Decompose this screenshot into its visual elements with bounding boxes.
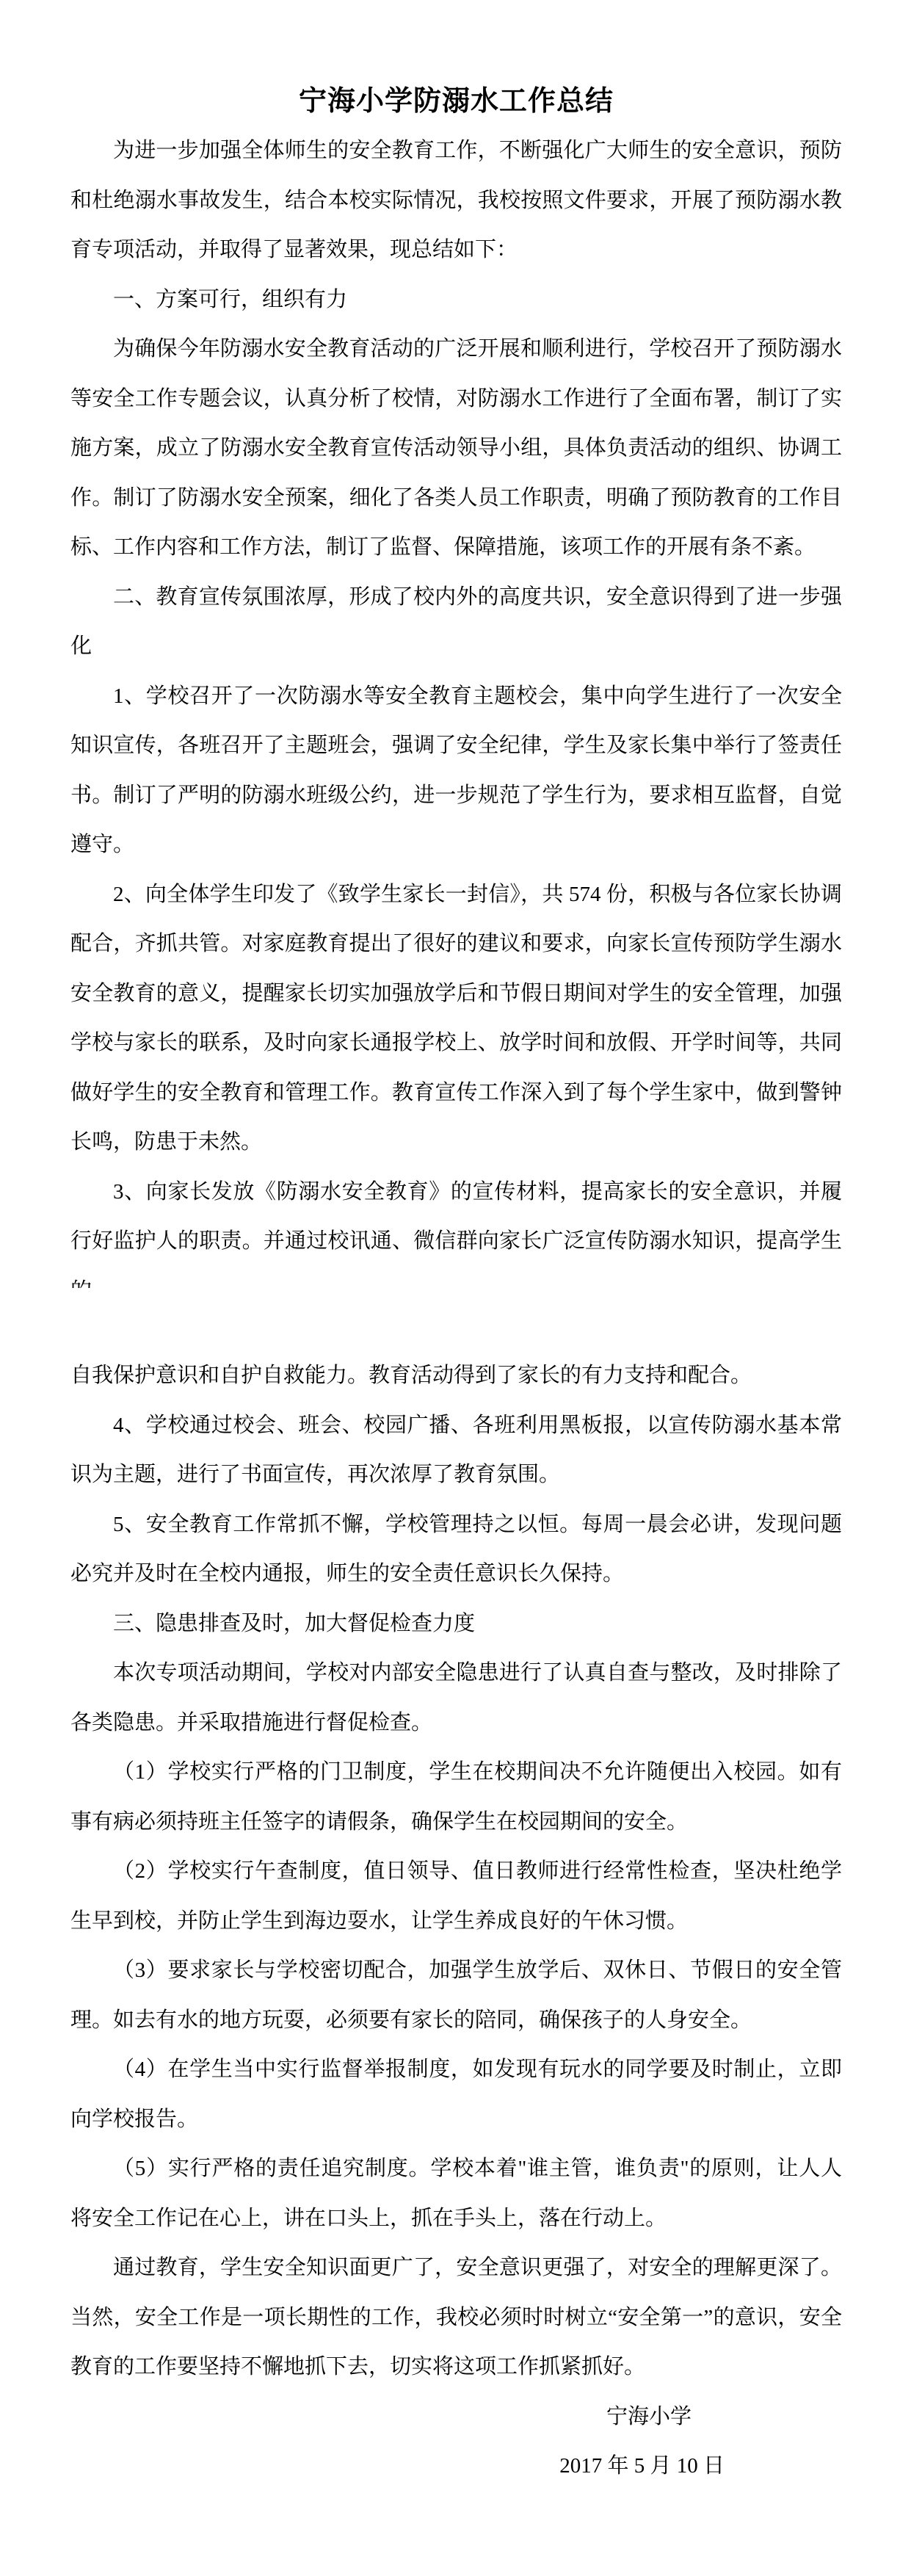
paragraph-continued: 自我保护意识和自护自救能力。教育活动得到了家长的有力支持和配合。 [70, 1351, 842, 1401]
page-1-content: 为进一步加强全体师生的安全教育工作，不断强化广大师生的安全意识，预防和杜绝溺水事… [70, 126, 842, 1288]
paragraph: （2）学校实行午查制度，值日领导、值日教师进行经常性检查，坚决杜绝学生早到校，并… [70, 1847, 842, 1946]
paragraph: 2、向全体学生印发了《致学生家长一封信》，共 574 份，积极与各位家长协调配合… [70, 870, 842, 1168]
section-heading: 一、方案可行，组织有力 [70, 275, 842, 325]
date: 2017 年 5 月 10 日 [70, 2442, 842, 2492]
page-1: 宁海小学防溺水工作总结 为进一步加强全体师生的安全教育工作，不断强化广大师生的安… [0, 0, 911, 1288]
paragraph: 为确保今年防溺水安全教育活动的广泛开展和顺利进行，学校召开了预防溺水等安全工作专… [70, 325, 842, 573]
paragraph: （1）学校实行严格的门卫制度，学生在校期间决不允许随便出入校园。如有事有病必须持… [70, 1748, 842, 1847]
paragraph: 3、向家长发放《防溺水安全教育》的宣传材料，提高家长的安全意识，并履行好监护人的… [70, 1168, 842, 1289]
page-2: 自我保护意识和自护自救能力。教育活动得到了家长的有力支持和配合。4、学校通过校会… [0, 1288, 911, 2576]
paragraph: 5、安全教育工作常抓不懈，学校管理持之以恒。每周一晨会必讲，发现问题必究并及时在… [70, 1500, 842, 1599]
page-2-content: 自我保护意识和自护自救能力。教育活动得到了家长的有力支持和配合。4、学校通过校会… [70, 1351, 842, 2392]
paragraph: 为进一步加强全体师生的安全教育工作，不断强化广大师生的安全意识，预防和杜绝溺水事… [70, 126, 842, 275]
paragraph: （3）要求家长与学校密切配合，加强学生放学后、双休日、节假日的安全管理。如去有水… [70, 1946, 842, 2045]
section-heading: 二、教育宣传氛围浓厚，形成了校内外的高度共识，安全意识得到了进一步强化 [70, 573, 842, 672]
document: 宁海小学防溺水工作总结 为进一步加强全体师生的安全教育工作，不断强化广大师生的安… [0, 0, 911, 2576]
paragraph: （4）在学生当中实行监督举报制度，如发现有玩水的同学要及时制止，立即向学校报告。 [70, 2045, 842, 2144]
section-heading: 三、隐患排查及时，加大督促检查力度 [70, 1599, 842, 1649]
paragraph: 1、学校召开了一次防溺水等安全教育主题校会，集中向学生进行了一次安全知识宣传，各… [70, 672, 842, 870]
paragraph: 通过教育，学生安全知识面更广了，安全意识更强了，对安全的理解更深了。当然，安全工… [70, 2243, 842, 2392]
paragraph: 4、学校通过校会、班会、校园广播、各班利用黑板报，以宣传防溺水基本常识为主题，进… [70, 1401, 842, 1500]
paragraph: 本次专项活动期间，学校对内部安全隐患进行了认真自查与整改，及时排除了各类隐患。并… [70, 1649, 842, 1748]
document-title: 宁海小学防溺水工作总结 [70, 76, 842, 126]
paragraph: （5）实行严格的责任追究制度。学校本着"谁主管，谁负责"的原则，让人人将安全工作… [70, 2144, 842, 2243]
signature: 宁海小学 [70, 2392, 842, 2442]
